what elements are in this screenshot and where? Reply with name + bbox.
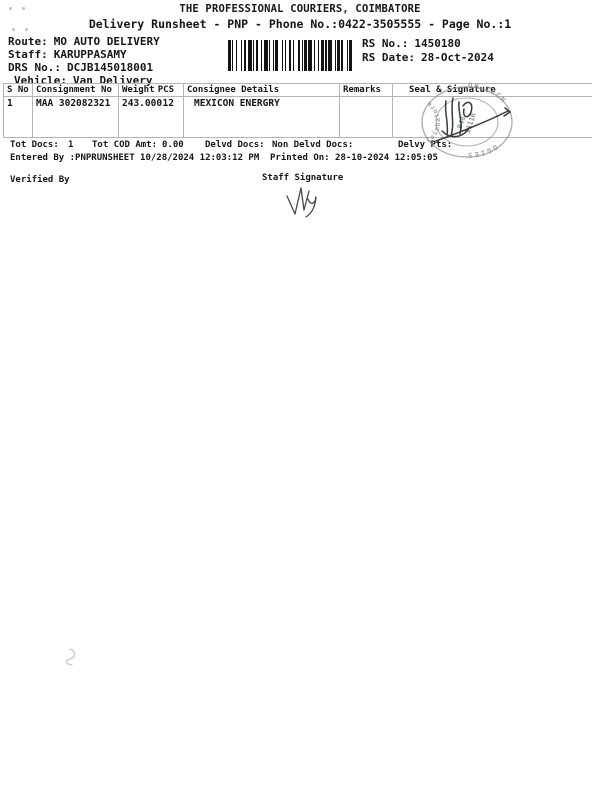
stamp-ring-text-left: Coimbatore	[425, 99, 442, 144]
staff-field: Staff:KARUPPASAMY	[8, 48, 127, 61]
staff-value: KARUPPASAMY	[54, 48, 127, 61]
header-s-no: S No	[3, 84, 32, 96]
cell-consignment-no: MAA 302082321	[32, 97, 118, 137]
scan-smudge	[62, 646, 82, 668]
staff-label: Staff:	[8, 48, 48, 61]
tot-cod-amt-label: Tot COD Amt:	[92, 140, 157, 150]
staff-signature-label: Staff Signature	[262, 173, 343, 183]
seal-stamp: Coimbatore ON TECN OGIES B48 1111R	[418, 84, 518, 162]
company-title: THE PROFESSIONAL COURIERS, COIMBATORE	[0, 3, 600, 15]
svg-text:ON TECN: ON TECN	[468, 81, 508, 104]
header-consignee-details: Consignee Details	[183, 84, 339, 96]
rs-no-value: 1450180	[414, 37, 460, 50]
rs-date-field: RS Date:28-Oct-2024	[362, 51, 494, 64]
delvd-docs-label: Delvd Docs:	[205, 140, 265, 150]
staff-signature-scribble	[283, 184, 329, 218]
cell-weight-pcs: 243.00012	[118, 97, 183, 137]
header-pcs: PCS	[158, 85, 174, 95]
header-weight-pcs: WeightPCS	[118, 84, 183, 96]
tot-docs-label: Tot Docs:	[10, 140, 59, 150]
cell-consignee: MEXICON ENERGRY	[183, 97, 339, 137]
cell-pcs: 12	[163, 98, 174, 136]
route-value: MO AUTO DELIVERY	[54, 35, 160, 48]
rs-no-field: RS No.:1450180	[362, 37, 461, 50]
stamp-ring-text-top: ON TECN	[468, 81, 508, 104]
header-remarks: Remarks	[339, 84, 392, 96]
rs-date-value: 28-Oct-2024	[421, 51, 494, 64]
printed-on-text: Printed On: 28-10-2024 12:05:05	[270, 153, 438, 163]
entered-by-text: Entered By :PNPRUNSHEET 10/28/2024 12:03…	[10, 153, 259, 163]
runsheet-subtitle: Delivery Runsheet - PNP - Phone No.:0422…	[0, 17, 600, 31]
drs-no-value: DCJB145018001	[67, 61, 153, 74]
verified-by-label: Verified By	[10, 175, 70, 185]
route-label: Route:	[8, 35, 48, 48]
rs-barcode	[228, 40, 352, 71]
drs-no-label: DRS No.:	[8, 61, 61, 74]
cell-remarks	[339, 97, 392, 137]
drs-no-field: DRS No.:DCJB145018001	[8, 61, 153, 74]
header-weight: Weight	[122, 85, 155, 95]
rs-date-label: RS Date:	[362, 51, 415, 64]
stamp-ring-text-bottom: OGIES	[466, 143, 499, 159]
header-consignment-no: Consignment No	[32, 84, 118, 96]
runsheet-document: THE PROFESSIONAL COURIERS, COIMBATORE De…	[0, 0, 600, 800]
cell-weight: 243.000	[122, 98, 162, 136]
svg-text:Coimbatore: Coimbatore	[425, 99, 442, 144]
cell-s-no: 1	[3, 97, 32, 137]
rs-no-label: RS No.:	[362, 37, 408, 50]
tot-docs-value: 1	[68, 140, 73, 150]
svg-text:OGIES: OGIES	[466, 143, 499, 159]
tot-cod-amt-value: 0.00	[162, 140, 184, 150]
route-field: Route:MO AUTO DELIVERY	[8, 35, 160, 48]
non-delvd-docs-label: Non Delvd Docs:	[272, 140, 353, 150]
